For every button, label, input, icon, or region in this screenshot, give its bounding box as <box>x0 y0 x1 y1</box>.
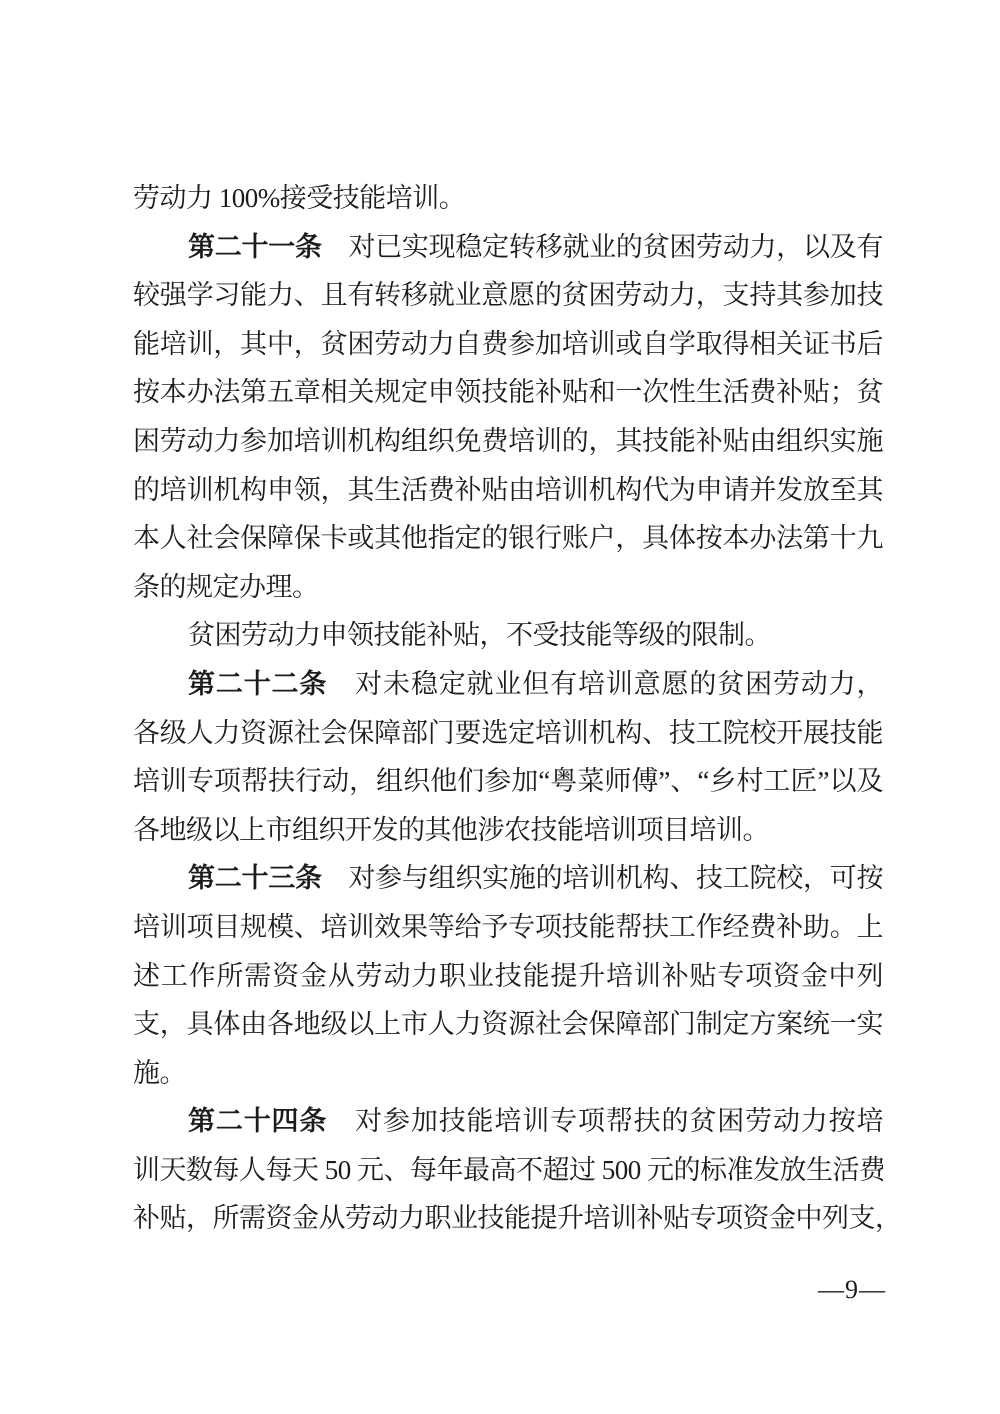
text-line: 训天数每人每天 50 元、每年最高不超过 500 元的标准发放生活费 <box>133 1146 883 1195</box>
document-body: 劳动力 100%接受技能培训。 第二十一条 对已实现稳定转移就业的贫困劳动力，以… <box>133 174 883 1243</box>
line-text: 条的规定办理。 <box>133 572 319 602</box>
line-text: 支，具体由各地级以上市人力资源社会保障部门制定方案统一实 <box>133 1009 883 1039</box>
line-text: 对参加技能培训专项帮扶的贫困劳动力按培 <box>327 1106 883 1136</box>
document-page: 劳动力 100%接受技能培训。 第二十一条 对已实现稳定转移就业的贫困劳动力，以… <box>0 0 1000 1414</box>
line-text: 各地级以上市组织开发的其他涉农技能培训项目培训。 <box>133 815 769 845</box>
article-heading: 第二十二条 <box>188 669 327 699</box>
article-22-heading-line: 第二十二条 对未稳定就业但有培训意愿的贫困劳动力， <box>133 660 883 709</box>
line-text: 本人社会保障保卡或其他指定的银行账户，具体按本办法第十九 <box>133 523 883 553</box>
text-line: 贫困劳动力申领技能补贴，不受技能等级的限制。 <box>133 611 883 660</box>
text-line: 较强学习能力、且有转移就业意愿的贫困劳动力，支持其参加技 <box>133 271 883 320</box>
page-number: —9— <box>133 1272 886 1308</box>
line-text: 困劳动力参加培训机构组织免费培训的，其技能补贴由组织实施 <box>133 426 883 456</box>
text-line: 条的规定办理。 <box>133 563 883 612</box>
text-line: 各地级以上市组织开发的其他涉农技能培训项目培训。 <box>133 806 883 855</box>
line-text: 较强学习能力、且有转移就业意愿的贫困劳动力，支持其参加技 <box>133 280 883 310</box>
line-text: 的培训机构申领，其生活费补贴由培训机构代为申请并发放至其 <box>133 475 883 505</box>
text-line: 劳动力 100%接受技能培训。 <box>133 174 883 223</box>
text-line: 培训专项帮扶行动，组织他们参加“粤菜师傅”、“乡村工匠”以及 <box>133 757 883 806</box>
text-line: 按本办法第五章相关规定申领技能补贴和一次性生活费补贴；贫 <box>133 368 883 417</box>
line-text: 贫困劳动力申领技能补贴，不受技能等级的限制。 <box>188 620 771 650</box>
text-line: 述工作所需资金从劳动力职业技能提升培训补贴专项资金中列 <box>133 952 883 1001</box>
text-line: 的培训机构申领，其生活费补贴由培训机构代为申请并发放至其 <box>133 466 883 515</box>
line-text: 各级人力资源社会保障部门要选定培训机构、技工院校开展技能 <box>133 718 883 748</box>
line-text: 述工作所需资金从劳动力职业技能提升培训补贴专项资金中列 <box>133 961 883 991</box>
text-line: 施。 <box>133 1049 883 1098</box>
line-text: 培训专项帮扶行动，组织他们参加“粤菜师傅”、“乡村工匠”以及 <box>133 766 883 796</box>
line-text: 补贴，所需资金从劳动力职业技能提升培训补贴专项资金中列支， <box>133 1203 883 1233</box>
article-heading: 第二十一条 <box>188 232 322 262</box>
article-heading: 第二十三条 <box>188 863 322 893</box>
line-text: 培训项目规模、培训效果等给予专项技能帮扶工作经费补助。上 <box>133 912 883 942</box>
text-line: 支，具体由各地级以上市人力资源社会保障部门制定方案统一实 <box>133 1000 883 1049</box>
text-line: 培训项目规模、培训效果等给予专项技能帮扶工作经费补助。上 <box>133 903 883 952</box>
line-text: 按本办法第五章相关规定申领技能补贴和一次性生活费补贴；贫 <box>133 377 883 407</box>
article-heading: 第二十四条 <box>188 1106 327 1136</box>
text-line: 补贴，所需资金从劳动力职业技能提升培训补贴专项资金中列支， <box>133 1194 883 1243</box>
line-text: 劳动力 100%接受技能培训。 <box>133 183 465 213</box>
line-text: 对参与组织实施的培训机构、技工院校，可按 <box>322 863 883 893</box>
line-text: 能培训，其中，贫困劳动力自费参加培训或自学取得相关证书后 <box>133 329 883 359</box>
line-text: 施。 <box>133 1058 186 1088</box>
article-23-heading-line: 第二十三条 对参与组织实施的培训机构、技工院校，可按 <box>133 854 883 903</box>
text-line: 困劳动力参加培训机构组织免费培训的，其技能补贴由组织实施 <box>133 417 883 466</box>
line-text: 对已实现稳定转移就业的贫困劳动力，以及有 <box>322 232 883 262</box>
text-line: 本人社会保障保卡或其他指定的银行账户，具体按本办法第十九 <box>133 514 883 563</box>
text-line: 能培训，其中，贫困劳动力自费参加培训或自学取得相关证书后 <box>133 320 883 369</box>
article-21-heading-line: 第二十一条 对已实现稳定转移就业的贫困劳动力，以及有 <box>133 223 883 272</box>
article-24-heading-line: 第二十四条 对参加技能培训专项帮扶的贫困劳动力按培 <box>133 1097 883 1146</box>
text-line: 各级人力资源社会保障部门要选定培训机构、技工院校开展技能 <box>133 709 883 758</box>
line-text: 训天数每人每天 50 元、每年最高不超过 500 元的标准发放生活费 <box>133 1155 883 1185</box>
line-text: 对未稳定就业但有培训意愿的贫困劳动力， <box>327 669 883 699</box>
